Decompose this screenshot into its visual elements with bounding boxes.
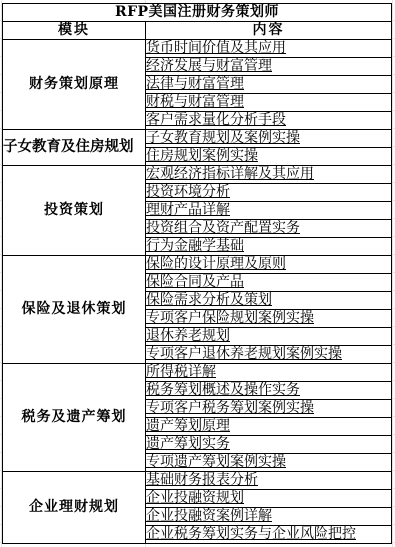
- module-cell[interactable]: 财务策划原理: [3, 40, 146, 130]
- content-cell[interactable]: 专项客户税务筹划案例实操: [146, 400, 392, 418]
- content-cell[interactable]: 税务筹划概述及操作实务: [146, 382, 392, 400]
- title-row: RFP美国注册财务策划师: [3, 4, 392, 22]
- content-cell[interactable]: 财税与财富管理: [146, 94, 392, 112]
- content-cell[interactable]: 经济发展与财富管理: [146, 58, 392, 76]
- content-cell[interactable]: 遗产筹划原理: [146, 418, 392, 436]
- content-cell[interactable]: 专项遗产筹划案例实操: [146, 454, 392, 472]
- table-title[interactable]: RFP美国注册财务策划师: [3, 4, 392, 22]
- content-cell[interactable]: 企业投融资案例详解: [146, 508, 392, 526]
- content-cell[interactable]: 住房规划案例实操: [146, 148, 392, 166]
- content-cell[interactable]: 专项客户退休养老规划案例实操: [146, 346, 392, 364]
- content-cell[interactable]: 客户需求量化分析手段: [146, 112, 392, 130]
- content-cell[interactable]: 企业税务筹划实务与企业风险把控: [146, 526, 392, 544]
- content-cell[interactable]: 保险需求分析及策划: [146, 292, 392, 310]
- content-cell[interactable]: 投资组合及资产配置实务: [146, 220, 392, 238]
- table-row: 企业理财规划基础财务报表分析: [3, 472, 392, 490]
- content-cell[interactable]: 子女教育规划及案例实操: [146, 130, 392, 148]
- module-cell[interactable]: 投资策划: [3, 166, 146, 256]
- module-cell[interactable]: 企业理财规划: [3, 472, 146, 544]
- table-row: 保险及退休策划保险的设计原理及原则: [3, 256, 392, 274]
- content-cell[interactable]: 保险合同及产品: [146, 274, 392, 292]
- module-cell[interactable]: 税务及遗产筹划: [3, 364, 146, 472]
- content-cell[interactable]: 行为金融学基础: [146, 238, 392, 256]
- table-row: 子女教育及住房规划子女教育规划及案例实操: [3, 130, 392, 148]
- header-module[interactable]: 模块: [3, 22, 146, 40]
- content-cell[interactable]: 货币时间价值及其应用: [146, 40, 392, 58]
- course-table: RFP美国注册财务策划师 模块 内容 财务策划原理货币时间价值及其应用经济发展与…: [2, 3, 392, 544]
- content-cell[interactable]: 所得税详解: [146, 364, 392, 382]
- content-cell[interactable]: 理财产品详解: [146, 202, 392, 220]
- content-cell[interactable]: 企业投融资规划: [146, 490, 392, 508]
- table-row: 投资策划宏观经济指标详解及其应用: [3, 166, 392, 184]
- content-cell[interactable]: 投资环境分析: [146, 184, 392, 202]
- content-cell[interactable]: 法律与财富管理: [146, 76, 392, 94]
- table-row: 财务策划原理货币时间价值及其应用: [3, 40, 392, 58]
- table-row: 税务及遗产筹划所得税详解: [3, 364, 392, 382]
- module-cell[interactable]: 子女教育及住房规划: [3, 130, 146, 166]
- header-row: 模块 内容: [3, 22, 392, 40]
- column-gridline: [392, 0, 393, 547]
- header-content[interactable]: 内容: [146, 22, 392, 40]
- content-cell[interactable]: 专项客户保险规划案例实操: [146, 310, 392, 328]
- content-cell[interactable]: 宏观经济指标详解及其应用: [146, 166, 392, 184]
- content-cell[interactable]: 退休养老规划: [146, 328, 392, 346]
- content-cell[interactable]: 基础财务报表分析: [146, 472, 392, 490]
- content-cell[interactable]: 保险的设计原理及原则: [146, 256, 392, 274]
- content-cell[interactable]: 遗产筹划实务: [146, 436, 392, 454]
- module-cell[interactable]: 保险及退休策划: [3, 256, 146, 364]
